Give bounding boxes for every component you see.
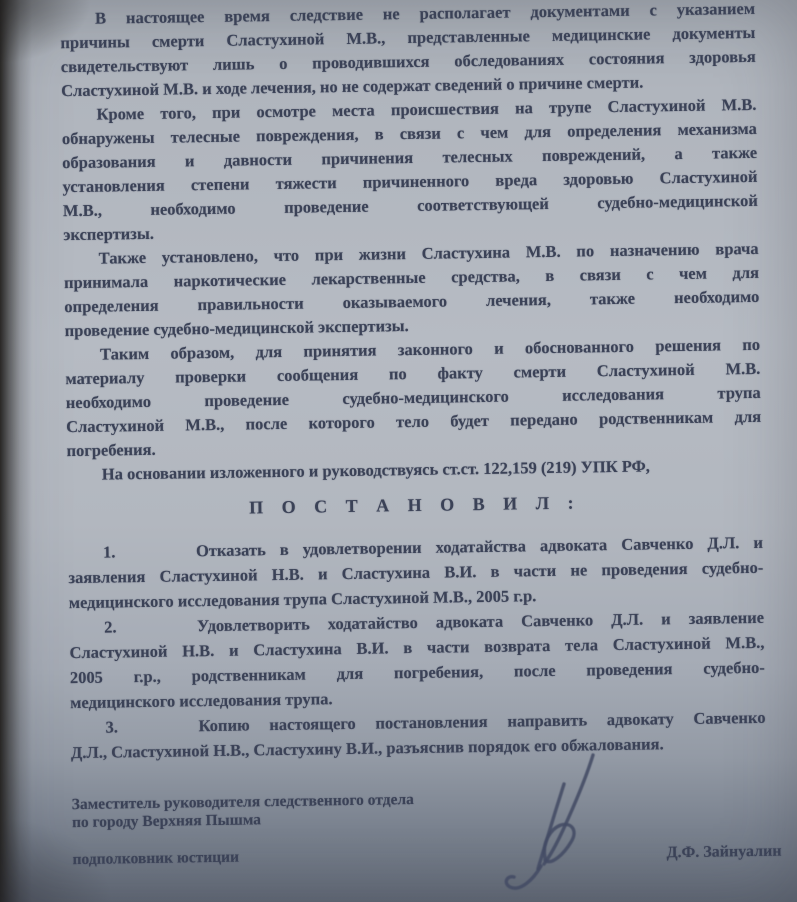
- resolution-item: 3.Копию настоящего постановления направи…: [70, 705, 766, 765]
- item-number: 3.: [105, 713, 198, 739]
- resolution-items: 1.Отказать в удовлетворении ходатайства …: [68, 530, 766, 765]
- resolution-item: 2.Удовлетворить ходатайство адвоката Сав…: [69, 605, 765, 715]
- signature-block: Заместитель руководителя следственного о…: [72, 786, 768, 871]
- resolution-heading: П О С Т А Н О В И Л :: [67, 487, 762, 523]
- document-body: В настоящее время следствие не располага…: [60, 0, 768, 871]
- paragraph: Таким образом, для принятия законного и …: [65, 333, 762, 463]
- paragraph: В настоящее время следствие не располага…: [60, 0, 756, 103]
- resolution-item: 1.Отказать в удовлетворении ходатайства …: [68, 530, 764, 615]
- signer-position: Заместитель руководителя следственного о…: [72, 791, 415, 869]
- position-line: по городу Верхняя Пышма: [72, 809, 414, 832]
- handwritten-signature: [500, 746, 620, 898]
- item-number: 1.: [103, 538, 196, 564]
- signer-name: Д.Ф. Зайнуалин: [666, 843, 781, 863]
- signer-rank: подполковник юстиции: [72, 846, 414, 869]
- item-number: 2.: [104, 613, 197, 639]
- document-photo: В настоящее время следствие не располага…: [0, 0, 797, 902]
- paragraph: Также установлено, что при жизни Сластух…: [63, 237, 759, 343]
- paragraph: Кроме того, при осмотре места происшеств…: [61, 93, 758, 247]
